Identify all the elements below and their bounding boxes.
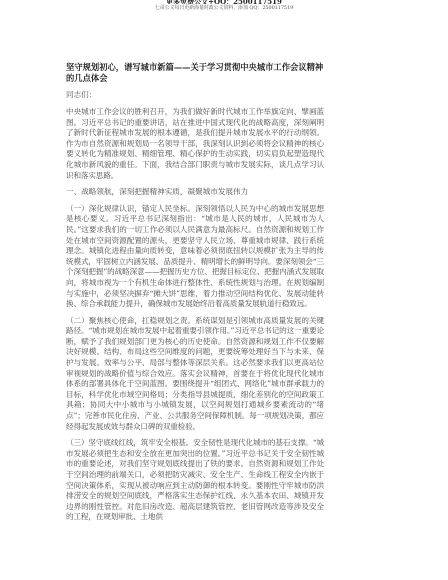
body-paragraph: （一）深化规律认识，锚定人民坐标。深刻领悟以人民为中心的城市发展思想是核心要义。… [66,204,324,310]
greeting: 同志们： [66,90,324,100]
document-body: 坚守规划初心，谱写城市新篇——关于学习贯彻中央城市工作会议精神的几点体会 同志们… [66,62,324,529]
body-paragraph: （二）聚焦核心使命，扛稳规划之责。系统谋划是引领城市高质量发展的关键路径。“城市… [66,316,324,433]
section-heading: 一、战略领航，深刻把握精神实质，凝聚城市发展伟力 [66,187,324,198]
intro-paragraph: 中央城市工作会议的胜利召开，为我们做好新时代城市工作举旗定向、擘画蓝图。习近平总… [66,107,324,181]
document-title: 坚守规划初心，谱写城市新篇——关于学习贯彻中央城市工作会议精神的几点体会 [66,62,324,84]
header-promo-line: 更多免费公文+QQ：2500117519 [0,0,448,4]
body-paragraph: （三）坚守底线红线，筑牢安全根基。安全韧性是现代化城市的基石支撑。“城市发展必须… [66,438,324,523]
page-header: 更多免费公文+QQ：2500117519 七哥公文每日更新海量时政公文资料，添加… [0,0,448,12]
header-subtitle-line: 七哥公文每日更新海量时政公文资料，添加 QQ：2500117519 [0,5,448,12]
